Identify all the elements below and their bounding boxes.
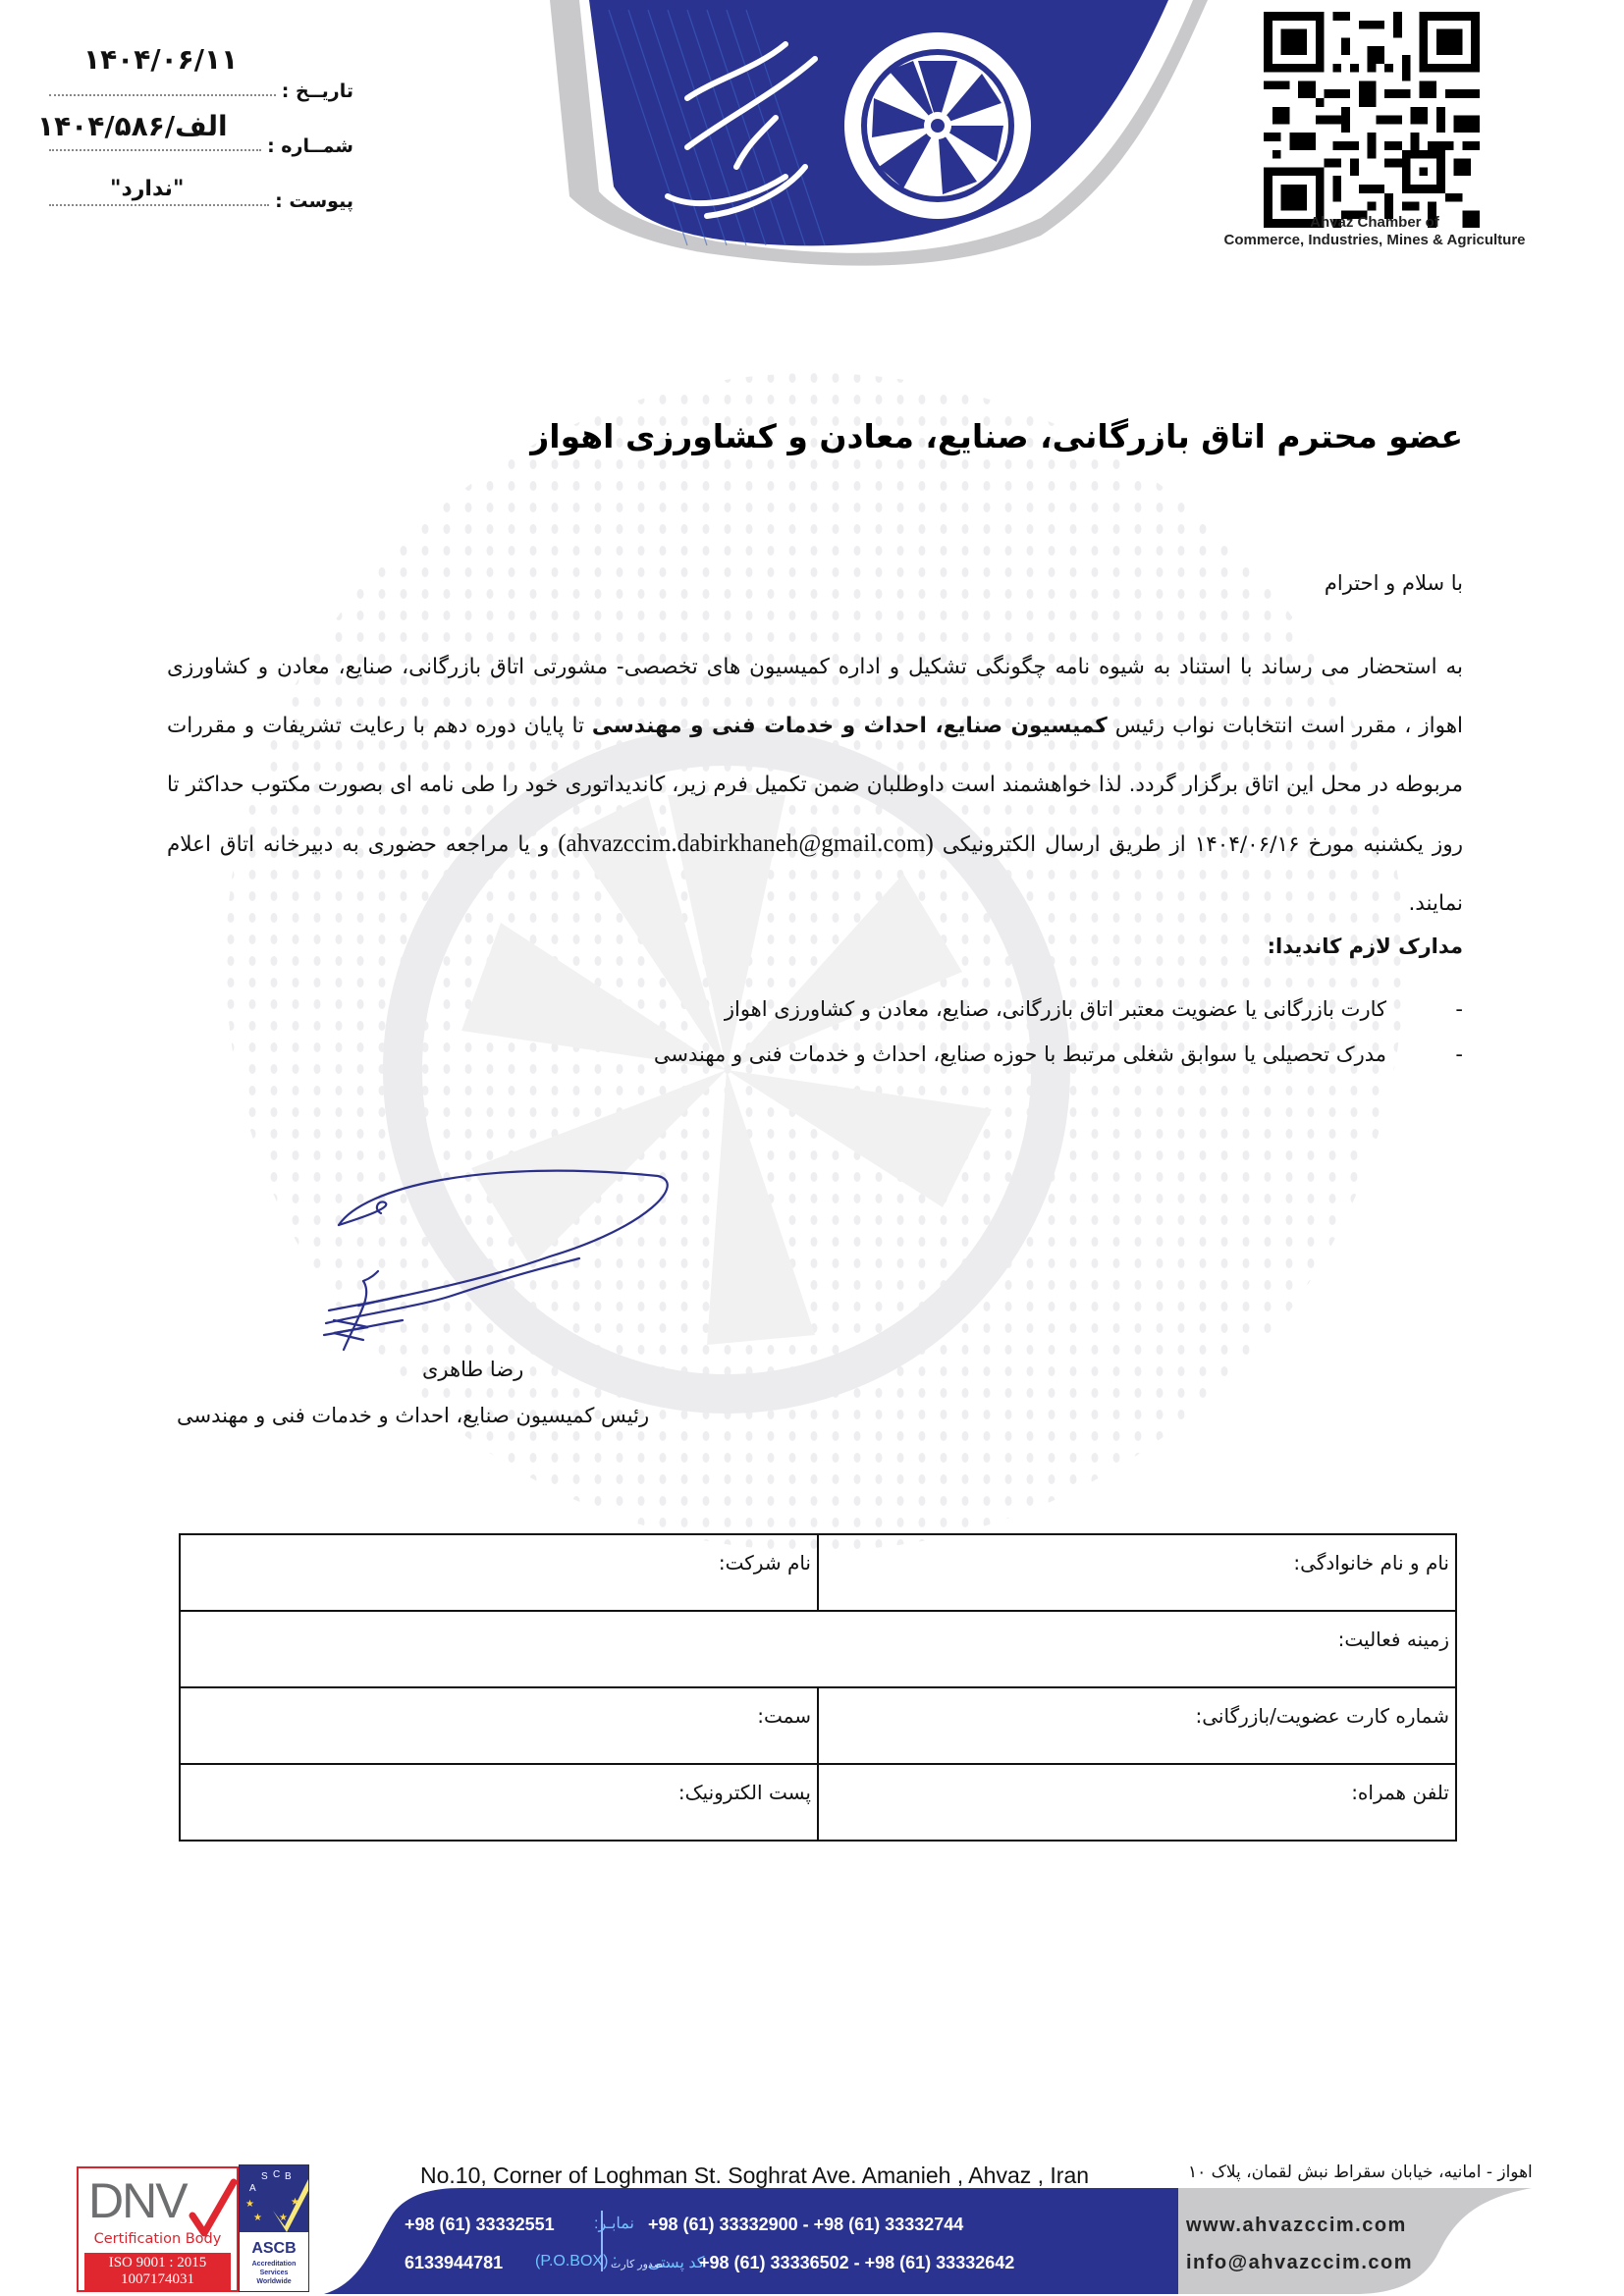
ascb-brand: ASCB xyxy=(240,2240,308,2258)
ascb-star-field: SCBA ★★★★ xyxy=(240,2165,308,2232)
chamber-en-line2: Commerce, Industries, Mines & Agricultur… xyxy=(1223,232,1525,248)
svg-text:B: B xyxy=(285,2171,292,2182)
iso-certificate-box: ISO 9001 : 2015 1007174031 xyxy=(84,2253,231,2290)
footer-pobox-number: 6133944781 xyxy=(405,2253,503,2273)
footer-card-issue-label: : صدور کارت xyxy=(611,2258,669,2270)
number-dotted-line xyxy=(49,149,261,151)
number-label: شمــاره : xyxy=(267,135,353,157)
dnv-certification-badge: DNV Certification Body ISO 9001 : 2015 1… xyxy=(77,2166,239,2292)
form-field-activity-field[interactable]: زمینه فعالیت: xyxy=(180,1611,1456,1687)
meta-attachment-row: پیوست : "ندارد" xyxy=(29,157,353,212)
form-field-email[interactable]: پست الکترونیک: xyxy=(180,1764,818,1841)
form-field-membership-card-number[interactable]: شماره کارت عضویت/بازرگانی: xyxy=(818,1687,1456,1764)
svg-text:★: ★ xyxy=(253,2213,262,2223)
dnv-subtitle: Certification Body xyxy=(79,2231,237,2247)
form-field-full-name[interactable]: نام و نام خانوادگی: xyxy=(818,1534,1456,1611)
footer-divider xyxy=(601,2211,603,2271)
footer-email-link[interactable]: info@ahvazccim.com xyxy=(1186,2252,1413,2274)
committee-name-bold: کمیسیون صنایع، احداث و خدمات فنی و مهندس… xyxy=(592,714,1108,738)
form-field-mobile-phone[interactable]: تلفن همراه: xyxy=(818,1764,1456,1841)
list-item: - کارت بازرگانی یا عضویت معتبر اتاق بازر… xyxy=(481,987,1463,1032)
footer-pobox-label: (P.O.BOX) : xyxy=(535,2253,617,2270)
bullet-dash: - xyxy=(1424,1042,1463,1066)
form-field-position[interactable]: سمت: xyxy=(180,1687,818,1764)
table-row: نام و نام خانوادگی: نام شرکت: xyxy=(180,1534,1456,1611)
required-docs-title: مدارک لازم کاندیدا: xyxy=(1268,934,1463,958)
signer-name: رضا طاهری xyxy=(422,1358,523,1381)
chamber-seal-logo xyxy=(844,32,1031,219)
ascb-tagline: Accreditation Services Worldwide xyxy=(240,2260,308,2286)
footer-address-fa: اهواز - امانیه، خیابان سقراط نبش لقمان، … xyxy=(1188,2163,1533,2182)
date-value: ۱۴۰۴/۰۶/۱۱ xyxy=(83,43,238,76)
eu-stars-icon: SCBA ★★★★ xyxy=(240,2165,309,2232)
footer-phone-numbers: +98 (61) 33332900 - +98 (61) 33332744 xyxy=(648,2215,963,2235)
ascb-tagline-line2: Services xyxy=(240,2269,308,2277)
iso-standard: ISO 9001 : 2015 xyxy=(84,2255,231,2271)
candidate-form-table: نام و نام خانوادگی: نام شرکت: زمینه فعال… xyxy=(179,1533,1457,1842)
ascb-tagline-line3: Worldwide xyxy=(240,2277,308,2286)
table-row: شماره کارت عضویت/بازرگانی: سمت: xyxy=(180,1687,1456,1764)
dnv-logo-text: DNV xyxy=(88,2172,187,2229)
svg-text:A: A xyxy=(249,2183,256,2194)
letter-title: عضو محترم اتاق بازرگانی، صنایع، معادن و … xyxy=(530,417,1463,455)
list-item: - مدرک تحصیلی یا سوابق شغلی مرتبط با حوز… xyxy=(481,1032,1463,1077)
svg-text:S: S xyxy=(261,2171,268,2182)
chamber-english-name: Ahvaz Chamber of Commerce, Industries, M… xyxy=(1178,224,1571,249)
letter-body-paragraph: به استحضار می رساند با استناد به شیوه نا… xyxy=(167,638,1463,934)
qr-code[interactable] xyxy=(1264,12,1480,228)
submission-email-link[interactable]: (ahvazccim.dabirkhaneh@gmail.com) xyxy=(558,830,934,857)
bullet-dash: - xyxy=(1424,997,1463,1021)
meta-date-row: تاریــخ : ۱۴۰۴/۰۶/۱۱ xyxy=(29,47,353,102)
list-item-text: مدرک تحصیلی یا سوابق شغلی مرتبط با حوزه … xyxy=(654,1042,1424,1066)
letter-meta: تاریــخ : ۱۴۰۴/۰۶/۱۱ شمــاره : ۱۴۰۴/الف/… xyxy=(29,47,353,212)
form-field-company-name[interactable]: نام شرکت: xyxy=(180,1534,818,1611)
svg-text:C: C xyxy=(273,2169,280,2180)
checkmark-icon xyxy=(189,2178,238,2237)
signer-title: رئیس کمیسیون صنایع، احداث و خدمات فنی و … xyxy=(177,1404,649,1427)
attachment-dotted-line xyxy=(49,204,269,206)
footer-website-link[interactable]: www.ahvazccim.com xyxy=(1186,2215,1407,2237)
required-docs-list: - کارت بازرگانی یا عضویت معتبر اتاق بازر… xyxy=(481,987,1463,1077)
date-dotted-line xyxy=(49,94,276,96)
footer-fax-number: +98 (61) 33332551 xyxy=(405,2215,555,2235)
table-row: زمینه فعالیت: xyxy=(180,1611,1456,1687)
iso-cert-number: 1007174031 xyxy=(84,2271,231,2288)
attachment-value: "ندارد" xyxy=(110,177,184,201)
ascb-tagline-line1: Accreditation xyxy=(240,2260,308,2269)
handwritten-signature xyxy=(304,1148,677,1364)
list-item-text: کارت بازرگانی یا عضویت معتبر اتاق بازرگا… xyxy=(725,997,1424,1021)
table-row: تلفن همراه: پست الکترونیک: xyxy=(180,1764,1456,1841)
attachment-label: پیوست : xyxy=(275,190,353,212)
ascb-accreditation-badge: SCBA ★★★★ ASCB Accreditation Services Wo… xyxy=(239,2164,309,2292)
footer-card-issue-phones: +98 (61) 33336502 - +98 (61) 33332642 xyxy=(699,2253,1014,2273)
svg-text:★: ★ xyxy=(245,2199,254,2210)
chamber-en-line1: Ahvaz Chamber of xyxy=(1178,214,1571,232)
letter-greeting: با سلام و احترام xyxy=(1325,571,1463,595)
meta-number-row: شمــاره : ۱۴۰۴/الف/۵۸۶ xyxy=(29,102,353,157)
number-value: ۱۴۰۴/الف/۵۸۶ xyxy=(37,110,228,142)
date-label: تاریــخ : xyxy=(282,80,353,102)
